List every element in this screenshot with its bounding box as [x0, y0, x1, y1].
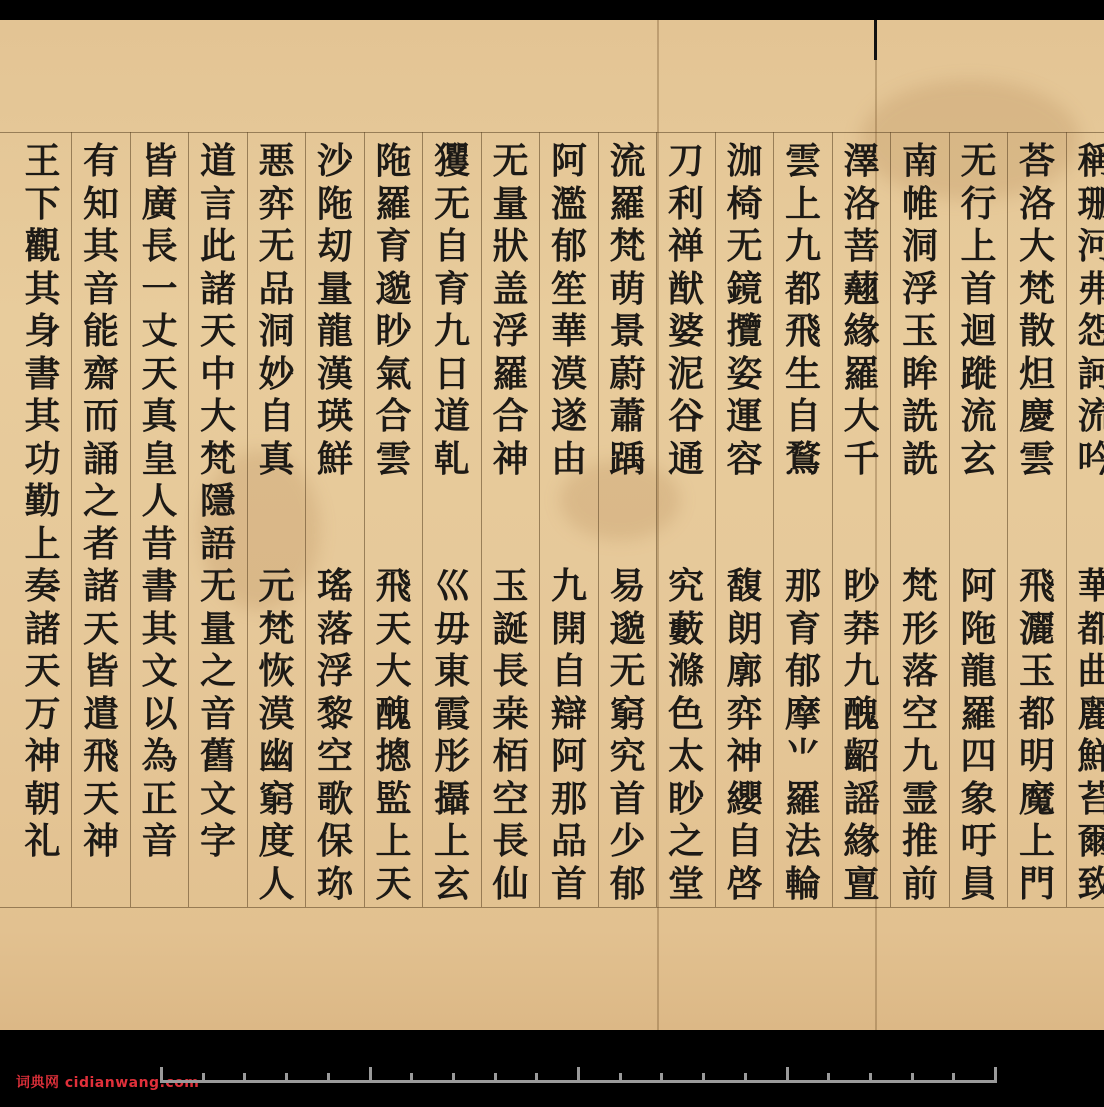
- ruler-tick: [160, 1067, 163, 1083]
- column-rule: [890, 132, 891, 907]
- bottom-rule: [0, 907, 1104, 908]
- text-column-lower: 玉誕長桒栢空長仙: [487, 565, 535, 905]
- text-column-lower: 九開自辯阿那品首: [545, 565, 593, 905]
- text-column-upper: 阿濫郁笙華漠遂由: [545, 140, 593, 480]
- column-rule: [71, 132, 72, 907]
- ruler-tick: [702, 1073, 705, 1083]
- text-column-upper: 澤洛菩𧄍緣羅大千: [838, 140, 886, 480]
- column-rule: [539, 132, 540, 907]
- text-column-upper: 陁羅育邈眇氣合雲: [370, 140, 418, 480]
- column-rule: [949, 132, 950, 907]
- text-column-full: 有知其音能齋而誦之者諸天皆遣飛天神: [77, 140, 125, 863]
- ruler-tick: [535, 1073, 538, 1083]
- column-rule: [715, 132, 716, 907]
- text-column-upper: 稱珊河弗怨訶流吟: [1072, 140, 1104, 480]
- ruler-tick: [911, 1073, 914, 1083]
- column-rule: [481, 132, 482, 907]
- text-column-lower: 華都曲麗鮮苔爾致: [1072, 565, 1104, 905]
- ruler-tick: [327, 1073, 330, 1083]
- column-rule: [773, 132, 774, 907]
- ruler-tick: [869, 1073, 872, 1083]
- ruler-tick: [494, 1073, 497, 1083]
- text-column-lower: 元梵恢漠幽窮度人: [253, 565, 301, 905]
- ruler-tick: [994, 1067, 997, 1083]
- text-column-upper: 沙陁刧量龍漢瑛鮮: [311, 140, 359, 480]
- text-column-full: 王下觀其身書其功勤上奏諸天万神朝礼: [19, 140, 67, 863]
- column-rule: [188, 132, 189, 907]
- column-rule: [364, 132, 365, 907]
- ruler-tick: [577, 1067, 580, 1083]
- ruler-tick: [744, 1073, 747, 1083]
- text-column-upper: 流羅梵萌景蔚蕭踽: [604, 140, 652, 480]
- text-column-lower: 巛毋東霞彤攝上玄: [428, 565, 476, 905]
- column-rule: [1007, 132, 1008, 907]
- text-column-lower: 馥朗廓弈神纓自啓: [721, 565, 769, 905]
- text-column-lower: 阿陁龍羅四象吁員: [955, 565, 1003, 905]
- text-column-full: 道言此諸天中大梵隱語无量之音舊文字: [194, 140, 242, 863]
- column-rule: [832, 132, 833, 907]
- text-column-full: 皆廣長一丈天真皇人昔書其文以為正音: [136, 140, 184, 863]
- ruler-tick: [827, 1073, 830, 1083]
- column-rule: [656, 132, 657, 907]
- footer-bar: 词典网 cidianwang.com: [0, 1040, 1104, 1107]
- text-column-upper: 无量狀盖浮羅合神: [487, 140, 535, 480]
- top-rule: [0, 132, 1104, 133]
- ruler-tick: [202, 1073, 205, 1083]
- ruler-tick: [452, 1073, 455, 1083]
- text-column-upper: 荅洛大梵散炟慶雲: [1013, 140, 1061, 480]
- text-column-upper: 无行上首迴蹝流玄: [955, 140, 1003, 480]
- text-column-lower: 梵形落空九霊推前: [896, 565, 944, 905]
- column-rule: [598, 132, 599, 907]
- text-column-upper: 南帷洞浮玉眸詵詵: [896, 140, 944, 480]
- ruler-tick: [410, 1073, 413, 1083]
- text-column-upper: 悪弈无品洞妙自真: [253, 140, 301, 480]
- ruler-tick: [786, 1067, 789, 1083]
- ruler-tick: [285, 1073, 288, 1083]
- ruler-tick: [952, 1073, 955, 1083]
- text-column-lower: 那育郁摩⺌羅法輪: [779, 565, 827, 905]
- text-column-lower: 飛灑玉都明魔上門: [1013, 565, 1061, 905]
- ruler-tick: [619, 1073, 622, 1083]
- scale-ruler: [160, 1080, 997, 1083]
- text-column-lower: 眇莽九醜齠謡緣亶: [838, 565, 886, 905]
- ruler-tick: [660, 1073, 663, 1083]
- text-column-upper: 玃无自育九日道乹: [428, 140, 476, 480]
- text-column-lower: 究藪滌色太眇之堂: [662, 565, 710, 905]
- text-column-lower: 瑤落浮黎空歌保珎: [311, 565, 359, 905]
- text-column-lower: 飛天大醜摠監上天: [370, 565, 418, 905]
- column-rule: [422, 132, 423, 907]
- column-rule: [130, 132, 131, 907]
- column-rule: [247, 132, 248, 907]
- paper-tear: [874, 20, 877, 60]
- ruler-tick: [369, 1067, 372, 1083]
- text-column-upper: 雲上九都飛生自鶩: [779, 140, 827, 480]
- column-rule: [305, 132, 306, 907]
- manuscript-scroll: 稱珊河弗怨訶流吟華都曲麗鮮苔爾致荅洛大梵散炟慶雲飛灑玉都明魔上門无行上首迴蹝流玄…: [0, 20, 1104, 1030]
- text-column-lower: 易邈无窮究首少郁: [604, 565, 652, 905]
- text-column-upper: 泇椅无鏡攬姿運容: [721, 140, 769, 480]
- column-rule: [1066, 132, 1067, 907]
- text-column-upper: 刀利禅猷婆泥谷通: [662, 140, 710, 480]
- ruler-tick: [243, 1073, 246, 1083]
